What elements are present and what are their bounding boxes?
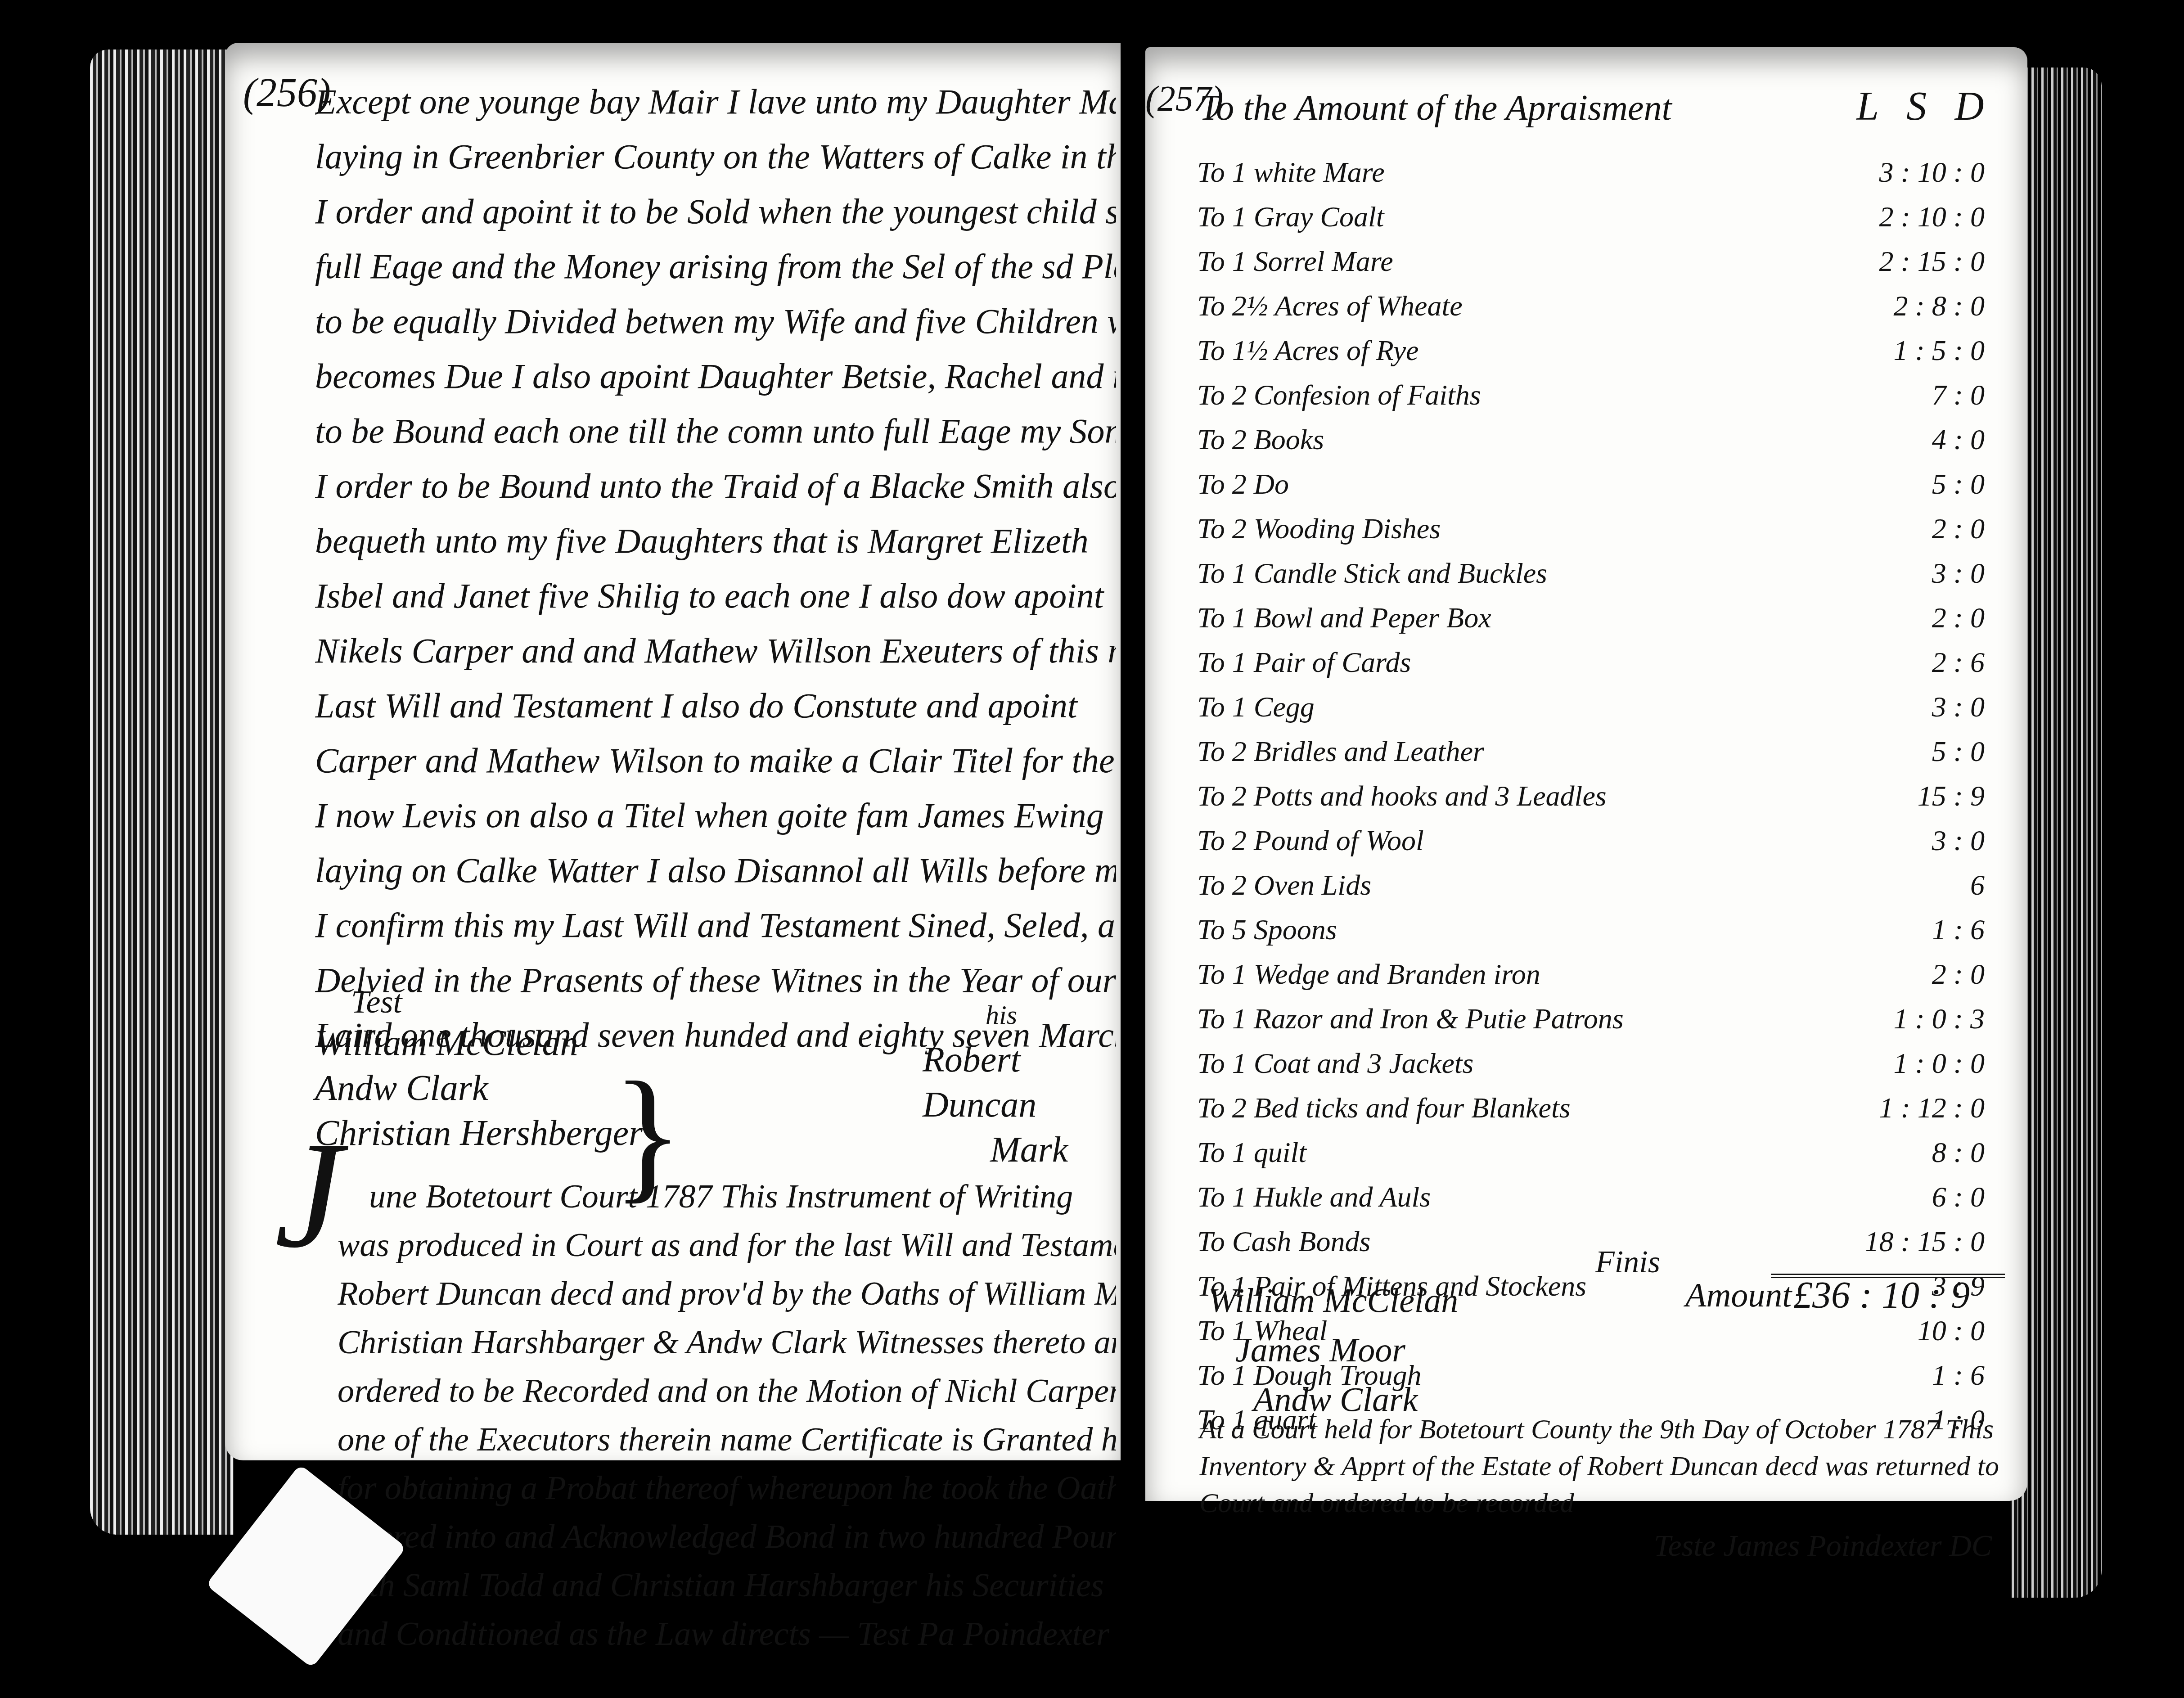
probate-line: and Conditioned as the Law directs — Tes… (338, 1610, 1116, 1658)
inventory-row: To 1 Bowl and Peper Box2 : 0 (1197, 590, 1985, 635)
item-description: To 1 Pair of Cards (1197, 635, 1854, 679)
inventory-row: To 2 Pound of Wool3 : 0 (1197, 813, 1985, 857)
inventory-row: To 1 Sorrel Mare2 : 15 : 0 (1197, 234, 1985, 278)
item-value: 3 : 0 (1854, 813, 1985, 857)
item-value: 1 : 6 (1854, 902, 1985, 946)
inventory-row: To 1 Cegg3 : 0 (1197, 679, 1985, 724)
item-description: To 2 Do (1197, 456, 1854, 501)
will-line: I now Levis on also a Titel when goite f… (315, 788, 1116, 843)
item-description: To 5 Spoons (1197, 902, 1854, 946)
item-description: To 1 Wedge and Branden iron (1197, 946, 1854, 991)
will-line: bequeth unto my five Daughters that is M… (315, 513, 1116, 568)
item-description: To Cash Bonds (1197, 1214, 1854, 1258)
appraisers: William McClelan James Moor Andw Clark (1208, 1276, 1458, 1424)
amount-label: Amount (1685, 1276, 1792, 1315)
decorative-initial: J (275, 1118, 342, 1271)
item-description: To 2 Bridles and Leather (1197, 724, 1854, 768)
inventory-row: To 5 Spoons1 : 6 (1197, 902, 1985, 946)
court-note: At a Court held for Botetourt County the… (1199, 1411, 2018, 1522)
item-description: To 2 Potts and hooks and 3 Leadles (1197, 768, 1854, 813)
will-line: to be Bound each one till the comn unto … (315, 404, 1116, 459)
finis-label: Finis (1595, 1244, 1660, 1280)
inventory-row: To 2 Wooding Dishes2 : 0 (1197, 501, 1985, 545)
item-description: To 1 Bowl and Peper Box (1197, 590, 1854, 635)
inventory-row: To 1 Gray Coalt2 : 10 : 0 (1197, 189, 1985, 234)
inventory-row: To 1 Razor and Iron & Putie Patrons1 : 0… (1197, 991, 1985, 1036)
book-edge-left (90, 50, 234, 1535)
his-label: his (986, 992, 1125, 1037)
probate-line: with Saml Todd and Christian Harshbarger… (338, 1561, 1116, 1610)
item-value: 2 : 0 (1854, 501, 1985, 545)
probate-line: was produced in Court as and for the las… (338, 1221, 1116, 1270)
item-value: 4 : 0 (1854, 412, 1985, 456)
item-description: To 2½ Acres of Wheate (1197, 278, 1854, 323)
inventory-row: To 1 white Mare3 : 10 : 0 (1197, 146, 1985, 189)
will-line: I order and apoint it to be Sold when th… (315, 184, 1116, 239)
inventory-row: To 1 Hukle and Auls6 : 0 (1197, 1169, 1985, 1214)
item-description: To 1½ Acres of Rye (1197, 323, 1854, 367)
probate-line: Robert Duncan decd and prov'd by the Oat… (338, 1270, 1116, 1318)
item-value: 1 : 12 : 0 (1854, 1080, 1985, 1125)
item-description: To 1 Sorrel Mare (1197, 234, 1854, 278)
inventory-row: To Cash Bonds18 : 15 : 0 (1197, 1214, 1985, 1258)
inventory-table: To 1 white Mare3 : 10 : 0To 1 Gray Coalt… (1197, 146, 1985, 1438)
item-value: 2 : 10 : 0 (1854, 189, 1985, 234)
inventory-row: To 1 Wedge and Branden iron2 : 0 (1197, 946, 1985, 991)
will-line: laying on Calke Watter I also Disannol a… (315, 843, 1116, 898)
item-description: To 1 Coat and 3 Jackets (1197, 1036, 1854, 1080)
item-description: To 1 Hukle and Auls (1197, 1169, 1854, 1214)
item-value: 1 : 0 : 0 (1854, 1036, 1985, 1080)
probate-line: Christian Harshbarger & Andw Clark Witne… (338, 1318, 1116, 1367)
left-page: (256) Except one younge bay Mair I lave … (225, 43, 1125, 1460)
item-value: 5 : 0 (1854, 724, 1985, 768)
item-value: 18 : 15 : 0 (1854, 1214, 1985, 1258)
item-value: 5 : 0 (1854, 456, 1985, 501)
will-text: Except one younge bay Mair I lave unto m… (315, 74, 1116, 1063)
inventory-header: To the Amount of the Apraisment (1199, 88, 1672, 129)
inventory-row: To 2 Bridles and Leather5 : 0 (1197, 724, 1985, 768)
probate-record: J une Botetourt Court 1787 This Instrume… (279, 1118, 1116, 1658)
item-value: 3 : 0 (1854, 679, 1985, 724)
will-line: Nikels Carper and and Mathew Willson Exe… (315, 623, 1116, 678)
item-value: 2 : 0 (1854, 590, 1985, 635)
will-line: Isbel and Janet five Shilig to each one … (315, 568, 1116, 623)
appraiser-name: James Moor (1235, 1325, 1458, 1375)
inventory-row: To 2 Confesion of Faiths7 : 0 (1197, 367, 1985, 412)
item-description: To 1 Candle Stick and Buckles (1197, 545, 1854, 590)
will-line: to be equally Divided betwen my Wife and… (315, 294, 1116, 349)
item-description: To 2 Oven Lids (1197, 857, 1854, 902)
item-description: To 1 Cegg (1197, 679, 1854, 724)
item-value: 1 : 6 (1854, 1347, 1985, 1392)
inventory-row: To 1 Coat and 3 Jackets1 : 0 : 0 (1197, 1036, 1985, 1080)
item-value: 2 : 0 (1854, 946, 1985, 991)
item-value: 3 : 0 (1854, 545, 1985, 590)
will-line: I confirm this my Last Will and Testamen… (315, 898, 1116, 953)
item-value: 2 : 8 : 0 (1854, 278, 1985, 323)
testator-name: Robert Duncan (923, 1037, 1125, 1127)
item-description: To 2 Confesion of Faiths (1197, 367, 1854, 412)
appraiser-name: William McClelan (1208, 1276, 1458, 1325)
item-value: 7 : 0 (1854, 367, 1985, 412)
inventory-row: To 2½ Acres of Wheate2 : 8 : 0 (1197, 278, 1985, 323)
item-value: 2 : 6 (1854, 635, 1985, 679)
item-description: To 1 Razor and Iron & Putie Patrons (1197, 991, 1854, 1036)
probate-line: for obtaining a Probat thereof whereupon… (338, 1464, 1116, 1513)
item-description: To 1 Gray Coalt (1197, 189, 1854, 234)
item-value: 1 : 5 : 0 (1854, 323, 1985, 367)
item-value: 15 : 9 (1854, 768, 1985, 813)
item-description: To 1 white Mare (1197, 146, 1854, 189)
will-line: I order to be Bound unto the Traid of a … (315, 459, 1116, 513)
item-value: 6 (1854, 857, 1985, 902)
will-line: becomes Due I also apoint Daughter Betsi… (315, 349, 1116, 404)
item-value: 2 : 15 : 0 (1854, 234, 1985, 278)
item-description: To 2 Books (1197, 412, 1854, 456)
inventory-row: To 2 Oven Lids6 (1197, 857, 1985, 902)
item-description: To 1 quilt (1197, 1125, 1854, 1169)
will-line: laying in Greenbrier County on the Watte… (315, 129, 1116, 184)
probate-line: one of the Executors therein name Certif… (338, 1415, 1116, 1464)
will-line: Except one younge bay Mair I lave unto m… (315, 74, 1116, 129)
inventory-row: To 2 Bed ticks and four Blankets1 : 12 :… (1197, 1080, 1985, 1125)
inventory-row: To 1 Pair of Cards2 : 6 (1197, 635, 1985, 679)
item-value: 8 : 0 (1854, 1125, 1985, 1169)
probate-line: ordered to be Recorded and on the Motion… (338, 1367, 1116, 1415)
probate-line: une Botetourt Court 1787 This Instrument… (369, 1172, 1116, 1221)
will-line: Carper and Mathew Wilson to maike a Clai… (315, 733, 1116, 788)
inventory-row: To 1 quilt8 : 0 (1197, 1125, 1985, 1169)
item-description: To 2 Wooding Dishes (1197, 501, 1854, 545)
will-line: full Eage and the Money arising from the… (315, 239, 1116, 294)
probate-line: entered into and Acknowledged Bond in tw… (338, 1513, 1116, 1561)
inventory-row: To 2 Do5 : 0 (1197, 456, 1985, 501)
item-description: To 2 Pound of Wool (1197, 813, 1854, 857)
item-value: 3 : 10 : 0 (1854, 146, 1985, 189)
amount-total: £36 : 10 : 9 (1793, 1274, 1970, 1317)
right-page: (257) To the Amount of the Apraisment L … (1145, 47, 2027, 1501)
inventory-row: To 1½ Acres of Rye1 : 5 : 0 (1197, 323, 1985, 367)
will-line: Last Will and Testament I also do Constu… (315, 678, 1116, 733)
inventory-row: To 2 Potts and hooks and 3 Leadles15 : 9 (1197, 768, 1985, 813)
inventory-row: To 2 Books4 : 0 (1197, 412, 1985, 456)
currency-columns-header: L S D (1856, 83, 1993, 130)
item-description: To 2 Bed ticks and four Blankets (1197, 1080, 1854, 1125)
inventory-row: To 1 Candle Stick and Buckles3 : 0 (1197, 545, 1985, 590)
teste-signature: Teste James Poindexter DC (1654, 1528, 1992, 1563)
item-value: 6 : 0 (1854, 1169, 1985, 1214)
item-value: 1 : 0 : 3 (1854, 991, 1985, 1036)
